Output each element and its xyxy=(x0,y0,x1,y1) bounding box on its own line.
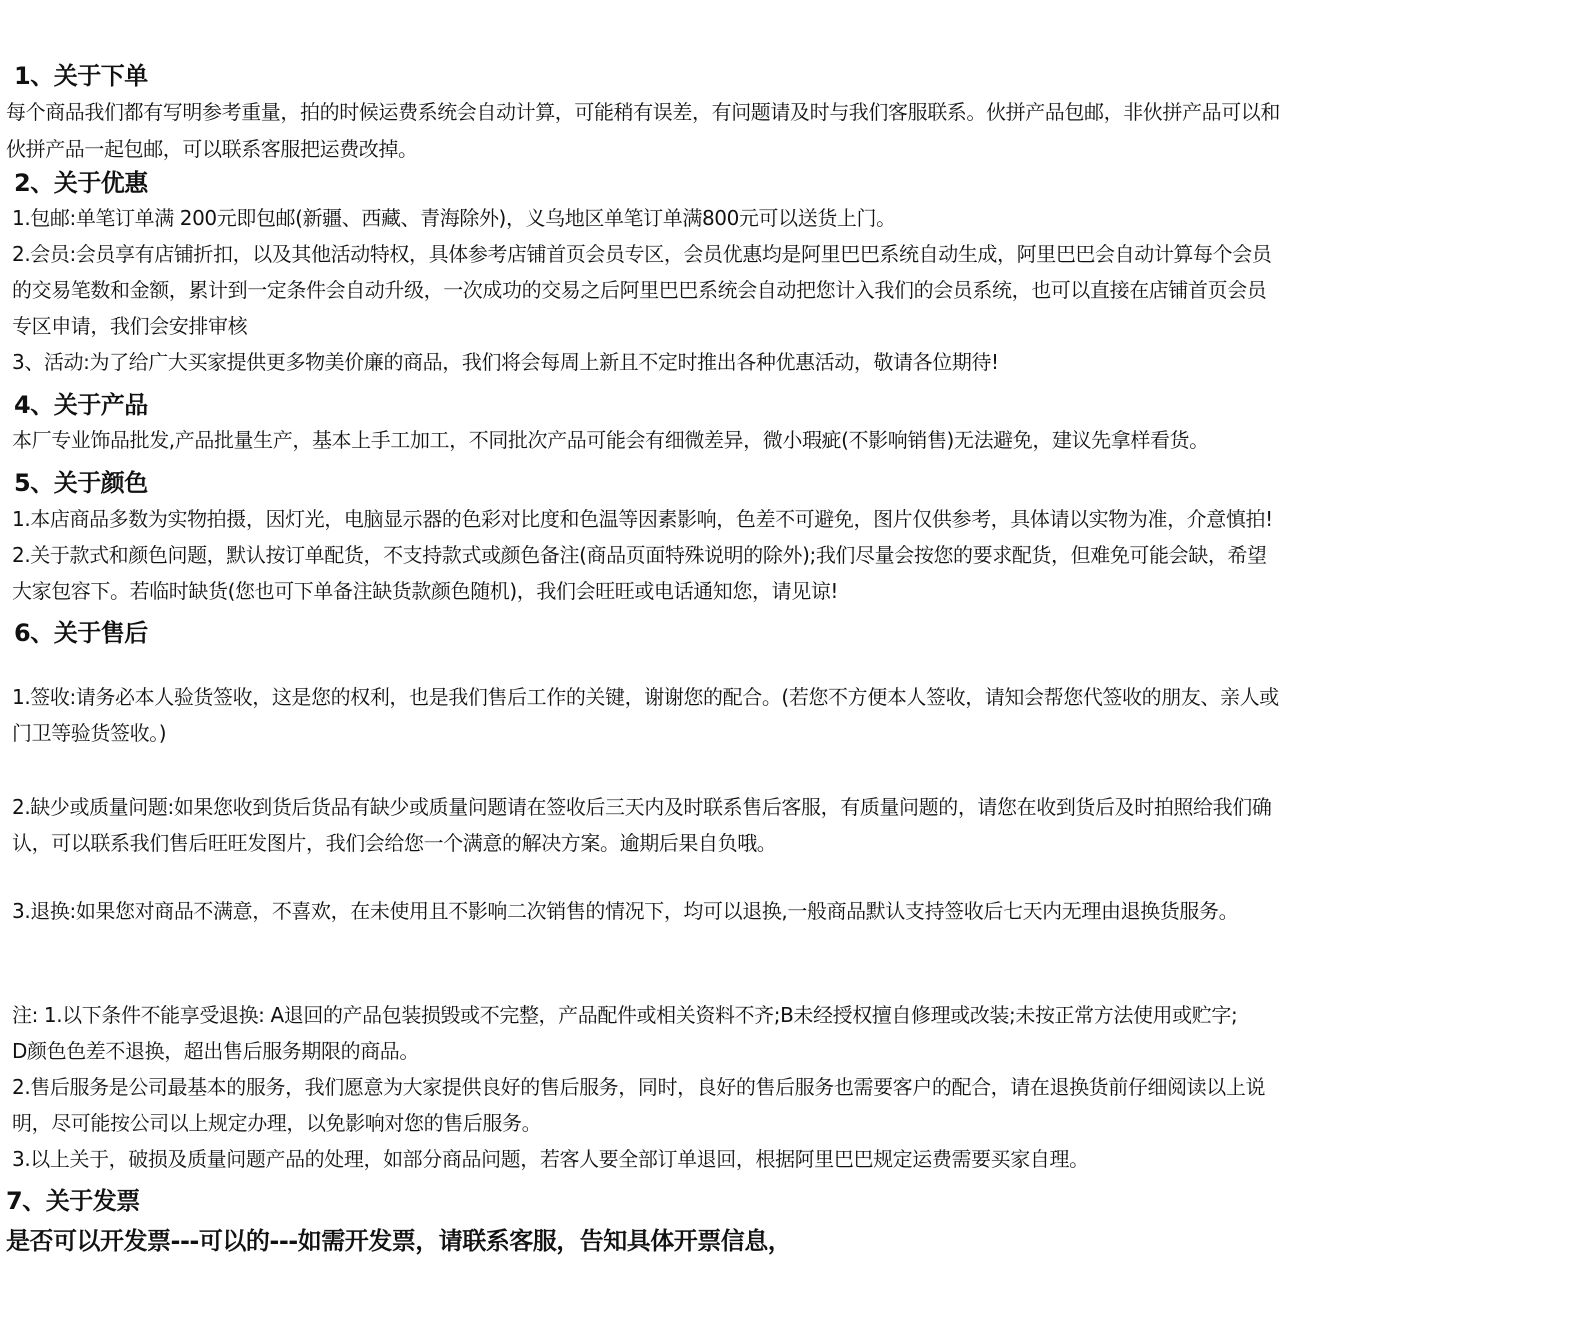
section-heading-discounts: 2、关于优惠 xyxy=(14,167,148,199)
section-heading-after-sales: 6、关于售后 xyxy=(14,617,148,649)
paragraph-line: 2.关于款式和颜色问题，默认按订单配货，不支持款式或颜色备注(商品页面特殊说明的… xyxy=(12,541,1267,569)
paragraph-line: 1.包邮:单笔订单满 200元即包邮(新疆、西藏、青海除外)，义乌地区单笔订单满… xyxy=(12,204,896,232)
paragraph-line: 2.会员:会员享有店铺折扣，以及其他活动特权，具体参考店铺首页会员专区，会员优惠… xyxy=(12,240,1271,268)
paragraph-line: 的交易笔数和金额，累计到一定条件会自动升级，一次成功的交易之后阿里巴巴系统会自动… xyxy=(12,276,1266,304)
paragraph-line: 大家包容下。若临时缺货(您也可下单备注缺货款颜色随机)，我们会旺旺或电话通知您，… xyxy=(12,577,838,605)
paragraph-line: 专区申请，我们会安排审核 xyxy=(12,312,247,340)
note-line: 注: 1.以下条件不能享受退换: A退回的产品包装损毁或不完整，产品配件或相关资… xyxy=(12,1001,1237,1029)
note-line: 3.以上关于，破损及质量问题产品的处理，如部分商品问题，若客人要全部订单退回，根… xyxy=(12,1145,1089,1173)
paragraph-line: 门卫等验货签收。) xyxy=(12,719,166,747)
paragraph-line: 1.签收:请务必本人验货签收，这是您的权利，也是我们售后工作的关键，谢谢您的配合… xyxy=(12,683,1279,711)
paragraph-line: 3、活动:为了给广大买家提供更多物美价廉的商品，我们将会每周上新且不定时推出各种… xyxy=(12,348,999,376)
section-heading-colors: 5、关于颜色 xyxy=(14,467,148,499)
invoice-statement: 是否可以开发票---可以的---如需开发票，请联系客服，告知具体开票信息， xyxy=(6,1225,791,1257)
section-heading-invoice: 7、关于发票 xyxy=(6,1185,140,1217)
note-line: 2.售后服务是公司最基本的服务，我们愿意为大家提供良好的售后服务，同时，良好的售… xyxy=(12,1073,1265,1101)
paragraph-line: 2.缺少或质量问题:如果您收到货后货品有缺少或质量问题请在签收后三天内及时联系售… xyxy=(12,793,1271,821)
paragraph-line: 伙拼产品一起包邮，可以联系客服把运费改掉。 xyxy=(6,135,418,163)
note-line: D颜色色差不退换，超出售后服务期限的商品。 xyxy=(12,1037,419,1065)
paragraph-line: 1.本店商品多数为实物拍摄，因灯光，电脑显示器的色彩对比度和色温等因素影响，色差… xyxy=(12,505,1273,533)
paragraph-line: 认，可以联系我们售后旺旺发图片，我们会给您一个满意的解决方案。逾期后果自负哦。 xyxy=(12,829,776,857)
section-heading-ordering: 1、关于下单 xyxy=(14,60,148,92)
paragraph-line: 本厂专业饰品批发,产品批量生产，基本上手工加工，不同批次产品可能会有细微差异，微… xyxy=(12,426,1209,454)
note-line: 明，尽可能按公司以上规定办理，以免影响对您的售后服务。 xyxy=(12,1109,541,1137)
paragraph-line: 每个商品我们都有写明参考重量，拍的时候运费系统会自动计算，可能稍有误差，有问题请… xyxy=(6,98,1280,126)
section-heading-products: 4、关于产品 xyxy=(14,389,148,421)
paragraph-line: 3.退换:如果您对商品不满意，不喜欢，在未使用且不影响二次销售的情况下，均可以退… xyxy=(12,897,1238,925)
